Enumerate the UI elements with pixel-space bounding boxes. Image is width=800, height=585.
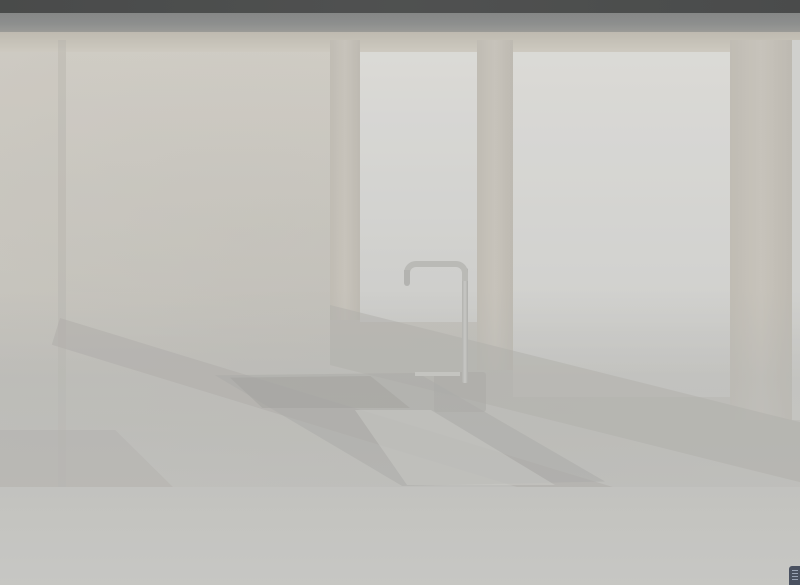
grip-line: [792, 573, 798, 574]
grip-line: [792, 570, 798, 571]
faucet-base: [434, 372, 486, 412]
kitchen-photo: [0, 0, 800, 585]
faucet-arc: [404, 261, 468, 281]
floor: [0, 487, 800, 585]
ceiling-shadow: [0, 32, 800, 52]
grip-line: [792, 579, 798, 580]
marble-wall: [66, 52, 336, 292]
window-left: [360, 52, 477, 322]
faucet-spout: [404, 270, 410, 286]
grip-line: [792, 576, 798, 577]
faucet-lever: [415, 372, 460, 376]
top-dark-bar: [0, 0, 800, 13]
grip-handle-icon[interactable]: [789, 566, 800, 585]
pillar-left: [330, 40, 360, 320]
ceiling-band: [0, 13, 800, 32]
faucet-neck: [462, 268, 468, 383]
